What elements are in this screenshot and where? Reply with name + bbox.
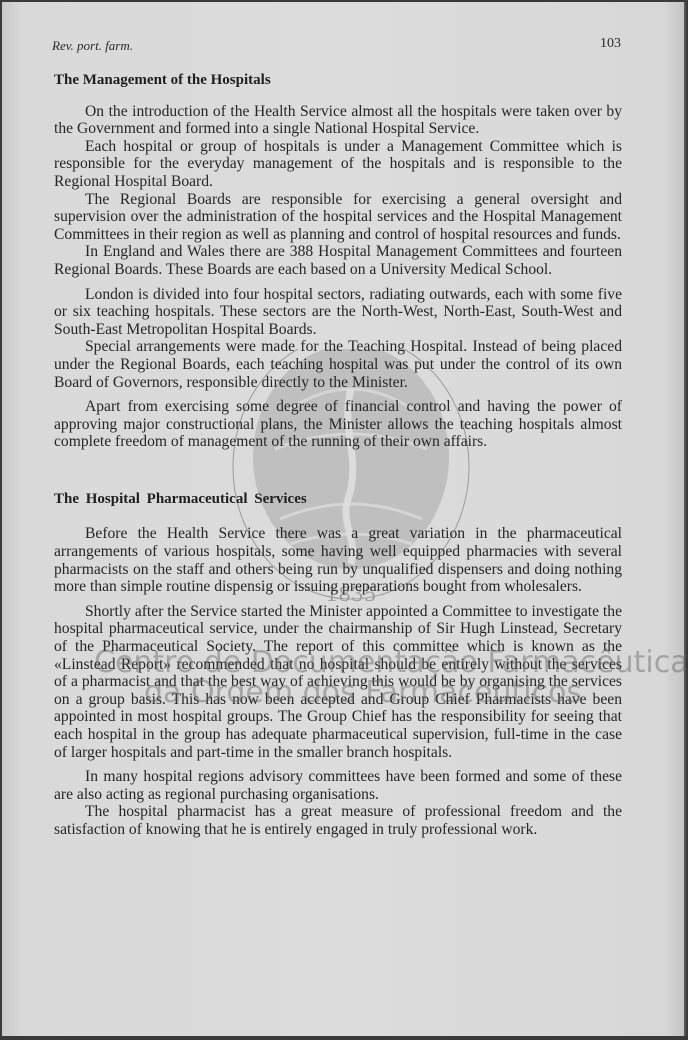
document-page: Rev. port. farm. 103 1835 The Management…	[2, 2, 686, 1036]
paragraph: Special arrangements were made for the T…	[54, 338, 622, 391]
paragraph: Shortly after the Service started the Mi…	[54, 603, 622, 761]
article-body: The Management of the Hospitals On the i…	[54, 72, 622, 839]
paragraph: The Regional Boards are responsible for …	[54, 191, 622, 244]
section-heading: The Management of the Hospitals	[54, 72, 622, 90]
section-heading: The Hospital Pharmaceutical Services	[54, 491, 622, 509]
paragraph: In England and Wales there are 388 Hospi…	[54, 243, 622, 278]
paragraph: London is divided into four hospital sec…	[54, 286, 622, 339]
paragraph: Before the Health Service there was a gr…	[54, 525, 622, 595]
paragraph: Apart from exercising some degree of fin…	[54, 398, 622, 451]
paragraph: In many hospital regions advisory commit…	[54, 768, 622, 803]
running-head: Rev. port. farm.	[52, 38, 133, 54]
paragraph: On the introduction of the Health Servic…	[54, 103, 622, 138]
paragraph: The hospital pharmacist has a great meas…	[54, 803, 622, 838]
page-number: 103	[600, 36, 621, 52]
paragraph: Each hospital or group of hospitals is u…	[54, 138, 622, 191]
